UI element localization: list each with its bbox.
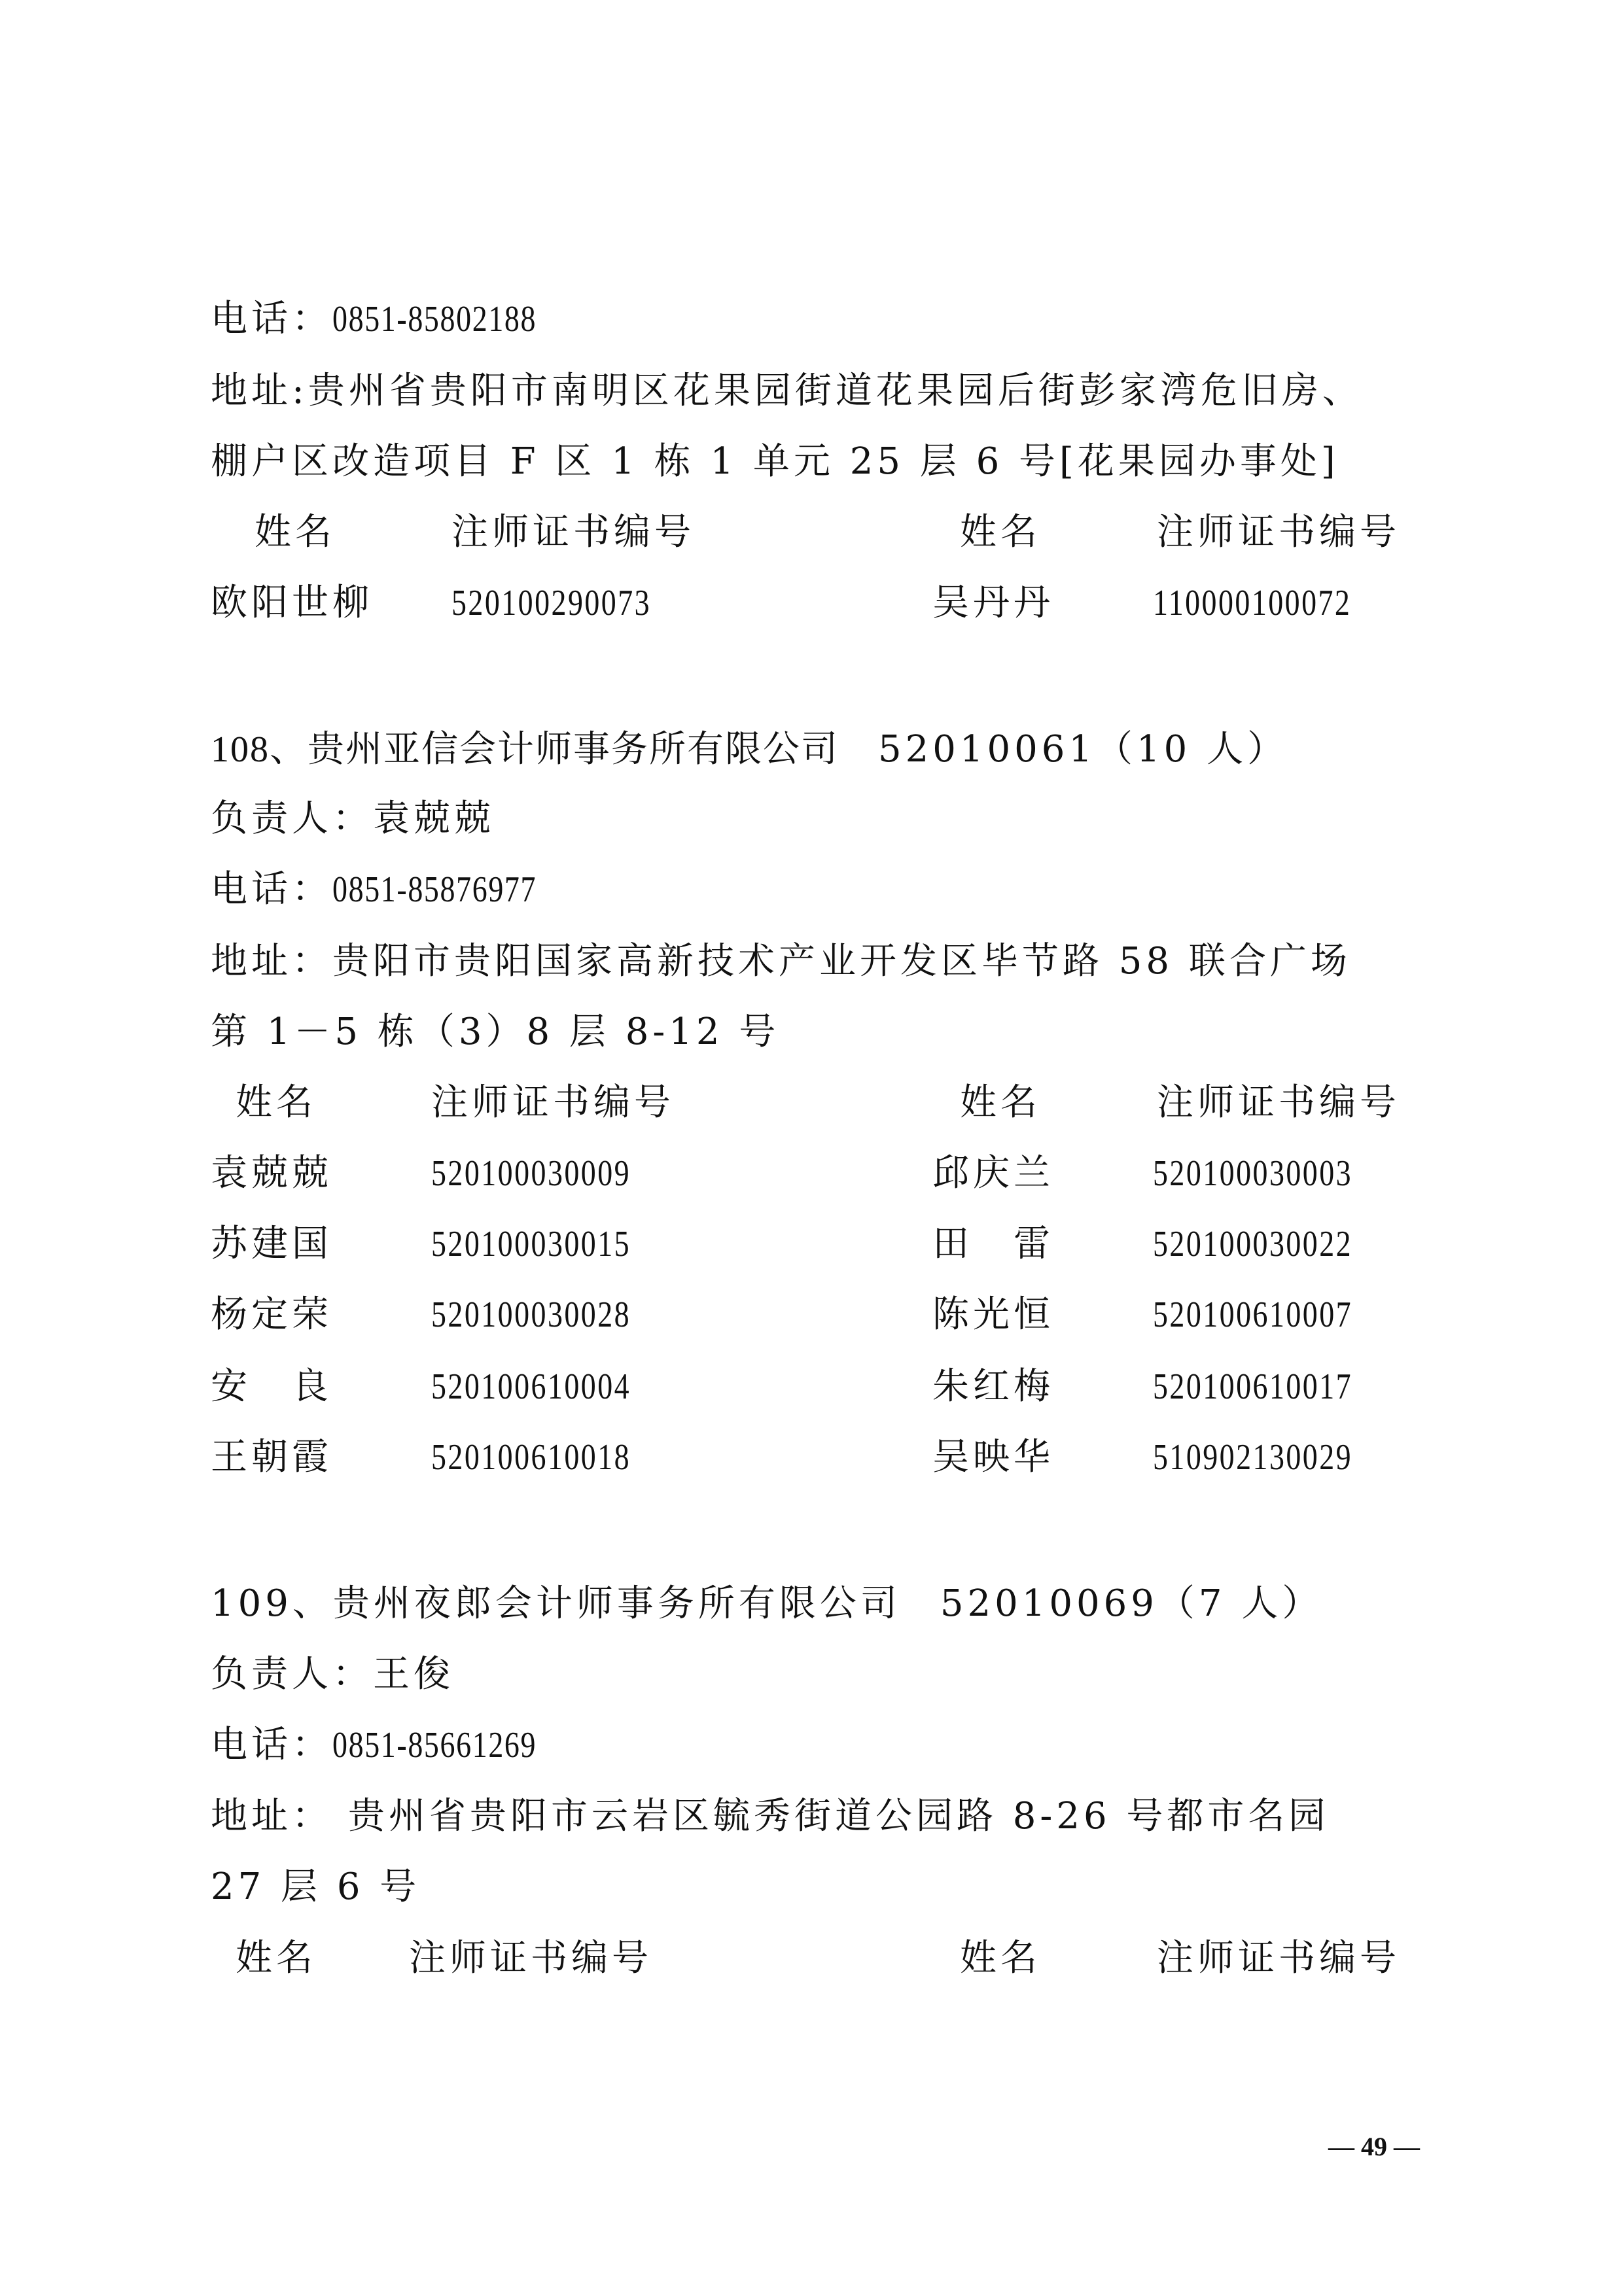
staff-cert: 520100610017 <box>1153 1366 1352 1408</box>
firm-109-phone-line: 电话：0851-85661269 <box>211 1724 582 1766</box>
staff-name: 吴丹丹 <box>932 582 1054 624</box>
staff-name: 朱红梅 <box>932 1366 1054 1408</box>
staff-cert: 520100030003 <box>1153 1153 1352 1194</box>
phone-label: 电话： <box>211 298 332 340</box>
header-cert-left: 注师证书编号 <box>409 1938 652 1979</box>
header-name-left: 姓名 <box>236 1082 317 1124</box>
firm-108-title-line: 108、贵州亚信会计师事务所有限公司52010061（10 人） <box>211 729 1288 771</box>
header-name-right: 姓名 <box>960 1938 1041 1979</box>
address-label: 地址： <box>211 1795 332 1837</box>
staff-name: 苏建国 <box>211 1223 332 1265</box>
firm-109-title-line: 109、贵州夜郎会计师事务所有限公司52010069（7 人） <box>211 1583 1322 1625</box>
staff-cert: 520100610007 <box>1153 1294 1352 1336</box>
staff-name: 田 雷 <box>932 1223 1054 1265</box>
staff-cert: 520100030009 <box>431 1153 631 1194</box>
firm-109-address-line-2: 27 层 6 号 <box>211 1866 420 1908</box>
staff-name: 吴映华 <box>932 1436 1054 1478</box>
firm-109-address-line-1: 地址：贵州省贵阳市云岩区毓秀街道公园路 8-26 号都市名园 <box>211 1796 1329 1837</box>
firm-109-manager-line: 负责人：王俊 <box>211 1654 454 1696</box>
firm-108-address-line-2: 第 1－5 栋（3）8 层 8-12 号 <box>211 1011 779 1053</box>
firm-109-code-count: 52010069（7 人） <box>940 1582 1322 1625</box>
manager-label: 负责人： <box>211 797 373 840</box>
prev-address-line-2: 棚户区改造项目 F 区 1 栋 1 单元 25 层 6 号[花果园办事处] <box>211 441 1339 483</box>
header-cert-right: 注师证书编号 <box>1157 1938 1400 1979</box>
header-cert-right: 注师证书编号 <box>1157 512 1400 553</box>
staff-cert: 520100610018 <box>431 1436 631 1478</box>
firm-108-phone-line: 电话：0851-85876977 <box>211 869 582 911</box>
prev-address-line-1: 地址:贵州省贵阳市南明区花果园街道花果园后街彭家湾危旧房、 <box>211 370 1363 412</box>
manager-name: 袁兢兢 <box>373 797 495 840</box>
header-name-left: 姓名 <box>255 512 336 553</box>
address-text: 贵州省贵阳市南明区花果园街道花果园后街彭家湾危旧房、 <box>308 370 1363 412</box>
firm-108-address-line-1: 地址：贵阳市贵阳国家高新技术产业开发区毕节路 58 联合广场 <box>211 941 1351 983</box>
staff-cert: 510902130029 <box>1153 1436 1352 1478</box>
header-name-left: 姓名 <box>236 1938 317 1979</box>
header-cert-left: 注师证书编号 <box>431 1082 675 1124</box>
header-name-right: 姓名 <box>960 1082 1041 1124</box>
staff-cert: 520100610004 <box>431 1366 631 1408</box>
staff-name: 袁兢兢 <box>211 1153 332 1194</box>
address-text: 贵州省贵阳市云岩区毓秀街道公园路 8-26 号都市名园 <box>348 1795 1329 1837</box>
address-label: 地址： <box>211 940 332 983</box>
firm-108-code-count: 52010061（10 人） <box>878 728 1288 771</box>
firm-108-manager-line: 负责人：袁兢兢 <box>211 798 495 840</box>
staff-name: 杨定荣 <box>211 1294 332 1336</box>
page-number: — 49 — <box>1328 2131 1420 2163</box>
firm-109-title: 109、贵州夜郎会计师事务所有限公司 <box>211 1582 901 1625</box>
staff-cert: 110000100072 <box>1153 582 1351 624</box>
header-cert-right: 注师证书编号 <box>1157 1082 1400 1124</box>
phone-value: 0851-85876977 <box>332 869 537 911</box>
address-text: 贵阳市贵阳国家高新技术产业开发区毕节路 58 联合广场 <box>332 940 1351 983</box>
phone-value: 0851-85661269 <box>332 1724 537 1766</box>
prev-phone-line: 电话：0851-85802188 <box>211 298 582 340</box>
phone-label: 电话： <box>211 1724 332 1766</box>
staff-name: 邱庆兰 <box>932 1153 1054 1194</box>
header-name-right: 姓名 <box>960 512 1041 553</box>
staff-cert: 520100030015 <box>431 1223 631 1265</box>
staff-cert: 520100290073 <box>451 582 651 624</box>
address-label: 地址: <box>211 370 308 412</box>
staff-cert: 520100030022 <box>1153 1223 1352 1265</box>
staff-name: 王朝霞 <box>211 1436 332 1478</box>
phone-label: 电话： <box>211 868 332 911</box>
staff-name: 欧阳世柳 <box>211 582 373 624</box>
manager-name: 王俊 <box>373 1653 454 1696</box>
header-cert-left: 注师证书编号 <box>451 512 695 553</box>
firm-108-title: 108、贵州亚信会计师事务所有限公司 <box>211 729 839 771</box>
staff-name: 陈光恒 <box>932 1294 1054 1336</box>
staff-name: 安 良 <box>211 1366 332 1408</box>
phone-value: 0851-85802188 <box>332 298 537 340</box>
staff-cert: 520100030028 <box>431 1294 631 1336</box>
manager-label: 负责人： <box>211 1653 373 1696</box>
